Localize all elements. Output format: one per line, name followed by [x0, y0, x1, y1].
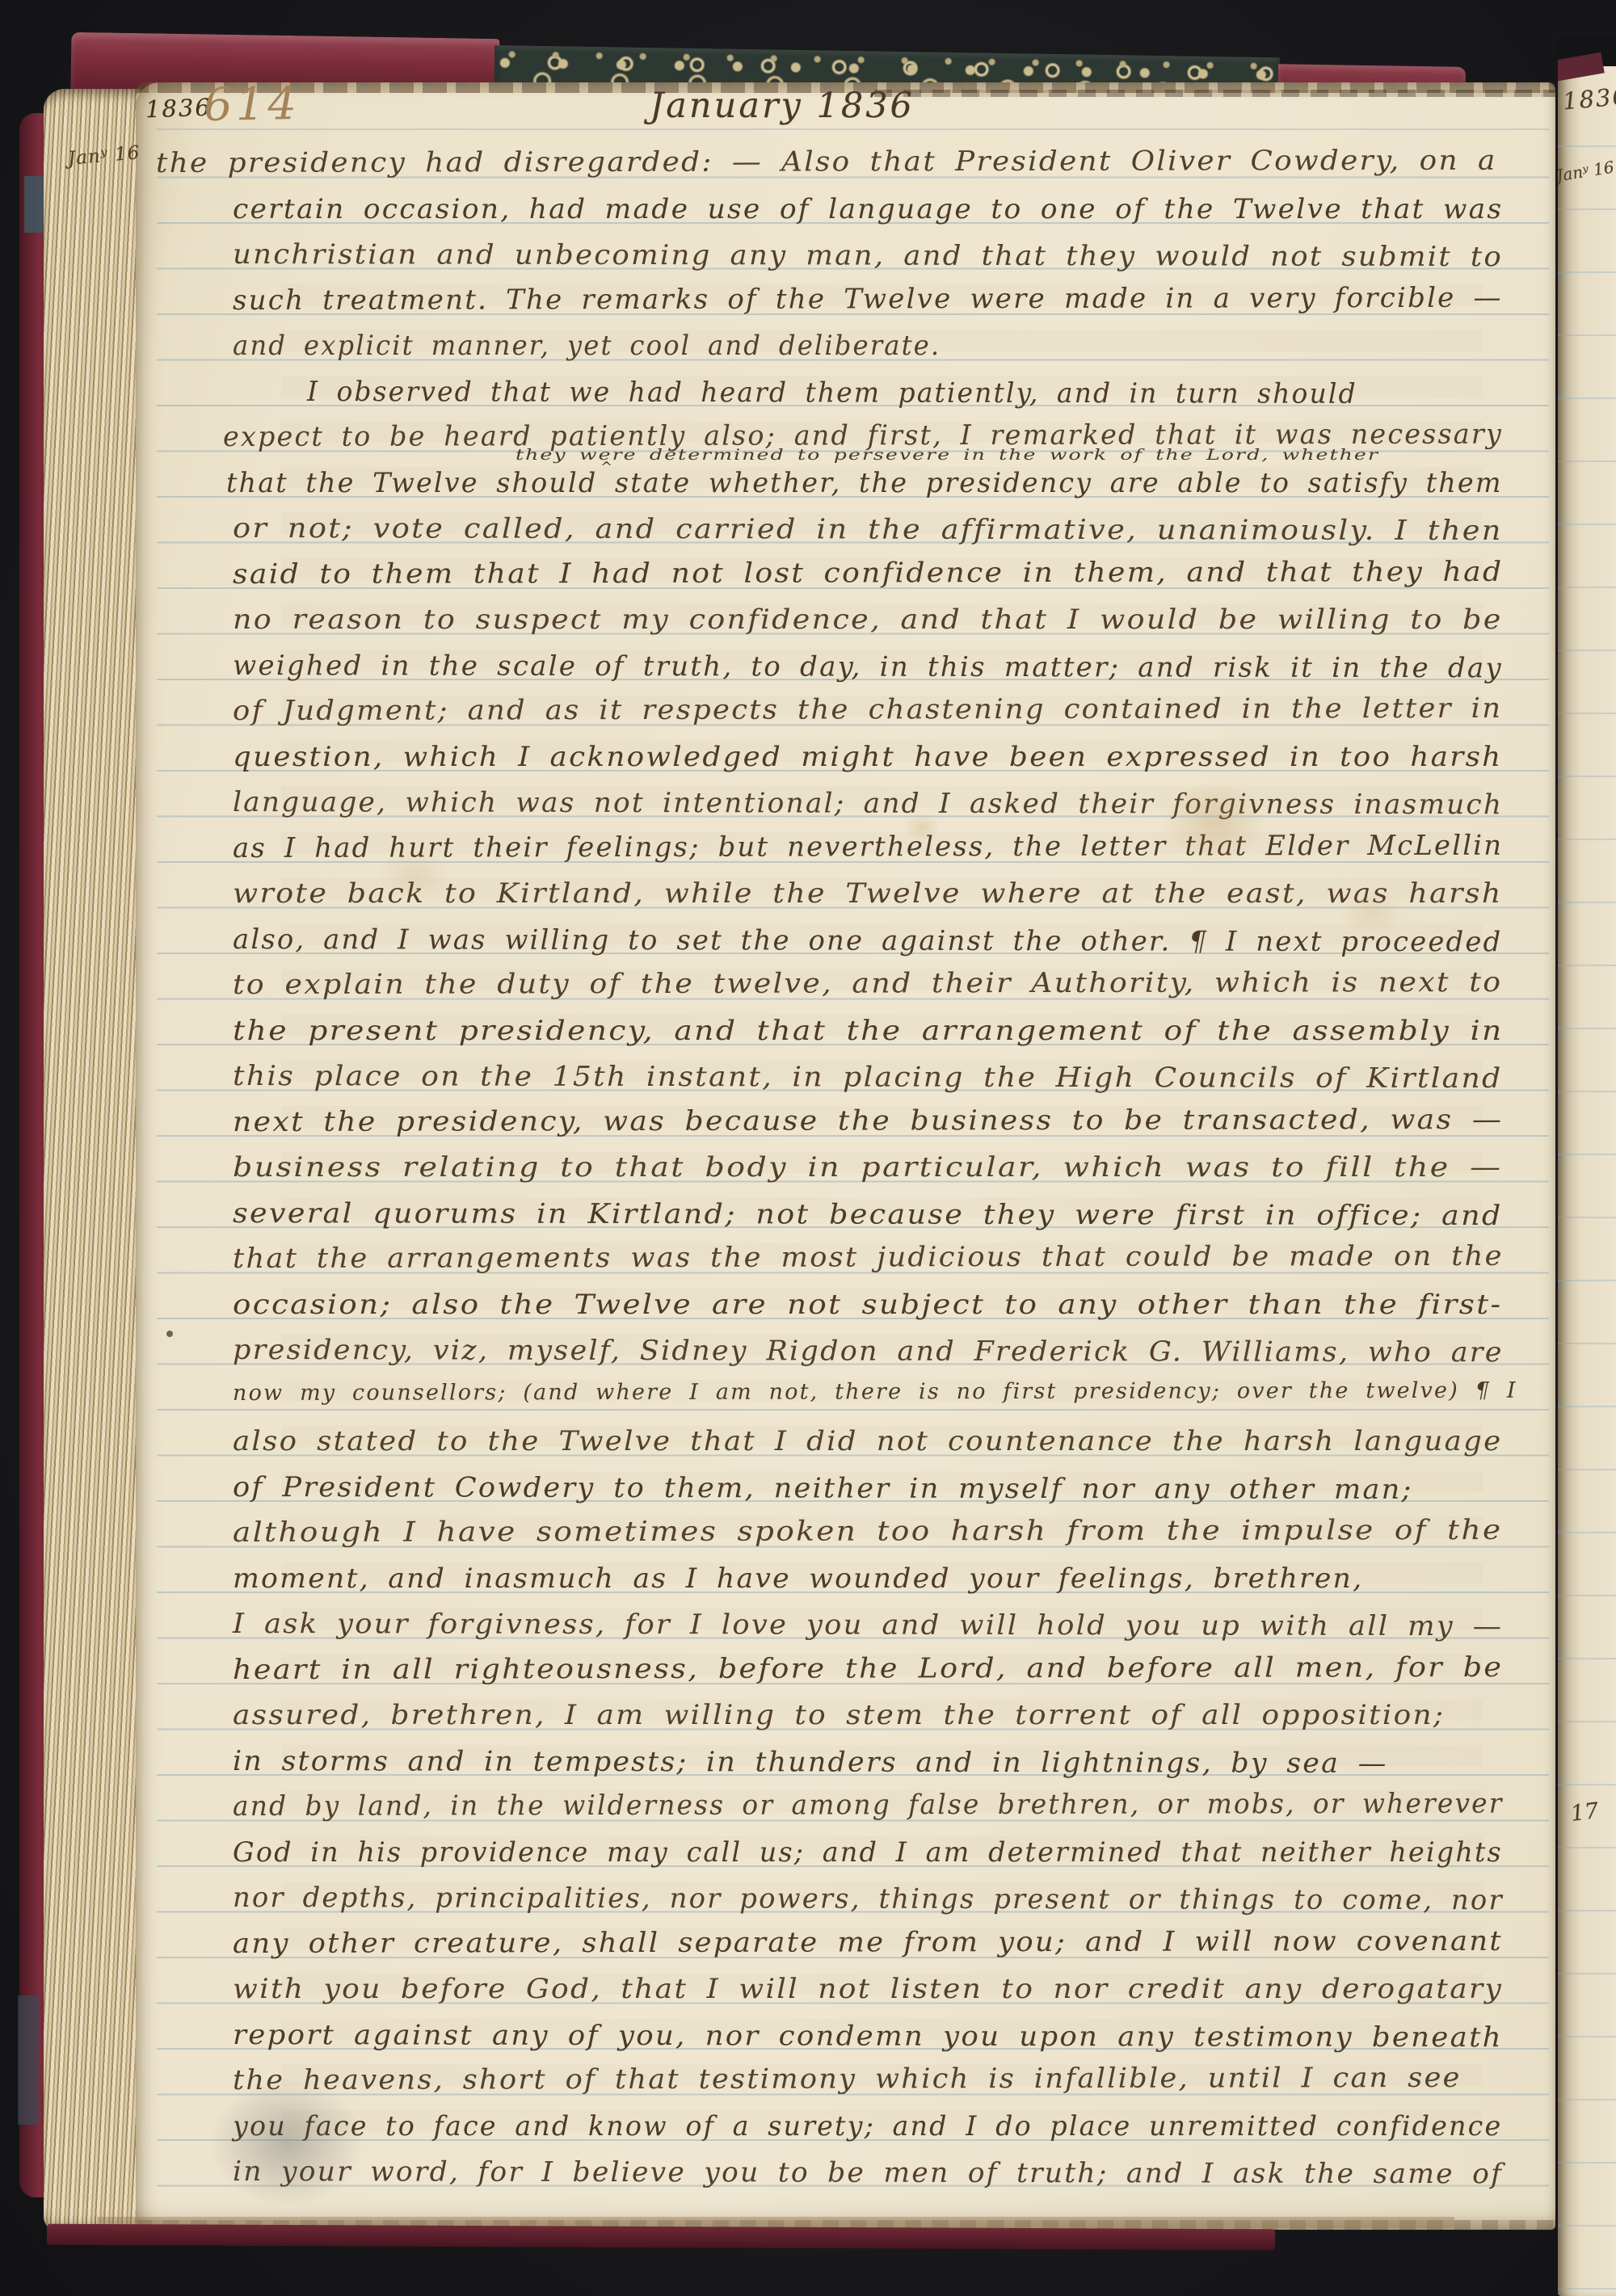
facing-page-ruled-lines — [1558, 84, 1616, 2296]
manuscript-line: with you before God, that I will not lis… — [233, 1975, 1503, 2003]
manuscript-line: God in his providence may call us; and I… — [233, 1839, 1503, 1866]
manuscript-line: of President Cowdery to them, neither in… — [233, 1474, 1413, 1503]
manuscript-line: several quorums in Kirtland; not because… — [233, 1200, 1503, 1230]
manuscript-line: wrote back to Kirtland, while the Twelve… — [233, 880, 1503, 907]
insertion-caret: ^ — [600, 459, 612, 476]
manuscript-line: and explicit manner, yet cool and delibe… — [233, 332, 941, 360]
manuscript-line: business relating to that body in partic… — [233, 1154, 1502, 1181]
manuscript-line: also, and I was willing to set the one a… — [233, 926, 1502, 956]
manuscript-line: or not; vote called, and carried in the … — [233, 515, 1503, 545]
manuscript-line: I ask your forgivness, for I love you an… — [233, 1610, 1503, 1640]
manuscript-line: of Judgment; and as it respects the chas… — [233, 695, 1502, 725]
manuscript-line: next the presidency, was because the bus… — [233, 1105, 1503, 1135]
ruled-line-header — [157, 128, 1549, 130]
manuscript-line: in your word, for I believe you to be me… — [233, 2158, 1503, 2188]
manuscript-line: that the arrangements was the most judic… — [233, 1243, 1504, 1272]
spine-cloth-patch-lower — [18, 1995, 39, 2125]
manuscript-line: language, which was not intentional; and… — [233, 788, 1503, 818]
manuscript-page: 1836 614 January 1836 the presidency had… — [136, 82, 1555, 2230]
manuscript-line: that the Twelve should state whether, th… — [226, 469, 1503, 497]
facing-page-year-label: 1836 — [1562, 84, 1616, 113]
manuscript-line: no reason to suspect my confidence, and … — [233, 606, 1503, 633]
facing-page-margin-date: Janʸ 16 — [1558, 159, 1615, 184]
manuscript-line: weighed in the scale of truth, to day, i… — [233, 652, 1503, 682]
manuscript-line: moment, and inasmuch as I have wounded y… — [233, 1565, 1363, 1592]
manuscript-line: heart in all righteousness, before the L… — [233, 1653, 1503, 1683]
manuscript-line: I observed that we had heard them patien… — [307, 378, 1357, 408]
manuscript-line: although I have sometimes spoken too har… — [233, 1516, 1503, 1546]
manuscript-line: unchristian and unbecoming any man, and … — [233, 241, 1503, 271]
manuscript-line: as I had hurt their feelings; but nevert… — [233, 831, 1503, 861]
interlinear-insertion: they were determined to persevere in the… — [516, 448, 1379, 463]
page-number: 614 — [204, 82, 301, 128]
bottom-cover-leather — [47, 2224, 1275, 2251]
manuscript-line: and by land, in the wilderness or among … — [233, 1790, 1504, 1820]
facing-page-strip: 1836 Janʸ 16 17 — [1558, 36, 1616, 2296]
photograph-background: { "document": { "year_label": "1836", "p… — [0, 0, 1616, 2296]
manuscript-line: in storms and in tempests; in thunders a… — [233, 1747, 1388, 1777]
manuscript-line: occasion; also the Twelve are not subjec… — [233, 1291, 1502, 1318]
manuscript-line: such treatment. The remarks of the Twelv… — [233, 284, 1503, 313]
manuscript-line: to explain the duty of the twelve, and t… — [233, 969, 1502, 999]
manuscript-line: assured, brethren, I am willing to stem … — [233, 1701, 1445, 1729]
spine-cloth-patch — [24, 176, 44, 233]
manuscript-line: you face to face and know of a surety; a… — [233, 2113, 1502, 2140]
manuscript-line: now my counsellors; (and where I am not,… — [233, 1379, 1517, 1403]
manuscript-line: also stated to the Twelve that I did not… — [233, 1428, 1502, 1455]
page-edge-stack — [44, 89, 141, 2231]
page-year-label: 1836 — [145, 96, 213, 122]
manuscript-line: said to them that I had not lost confide… — [233, 557, 1503, 587]
manuscript-line: any other creature, shall separate me fr… — [233, 1927, 1503, 1957]
manuscript-line: question, which I acknowledged might hav… — [233, 743, 1502, 771]
page-header-date: January 1836 — [572, 89, 992, 124]
manuscript-line: report against any of you, nor condemn y… — [233, 2021, 1503, 2051]
manuscript-line: the heavens, short of that testimony whi… — [233, 2064, 1462, 2094]
manuscript-line: the presidency had disregarded: — Also t… — [156, 147, 1497, 177]
manuscript-line: nor depths, principalities, nor powers, … — [233, 1884, 1504, 1914]
manuscript-line: certain occasion, had made use of langua… — [233, 196, 1503, 223]
ink-speck — [166, 1331, 173, 1337]
facing-page-margin-number: 17 — [1569, 1800, 1599, 1825]
manuscript-line: presidency, viz, myself, Sidney Rigdon a… — [233, 1336, 1504, 1366]
manuscript-line: this place on the 15th instant, in placi… — [233, 1062, 1503, 1092]
manuscript-line: the present presidency, and that the arr… — [233, 1017, 1504, 1045]
